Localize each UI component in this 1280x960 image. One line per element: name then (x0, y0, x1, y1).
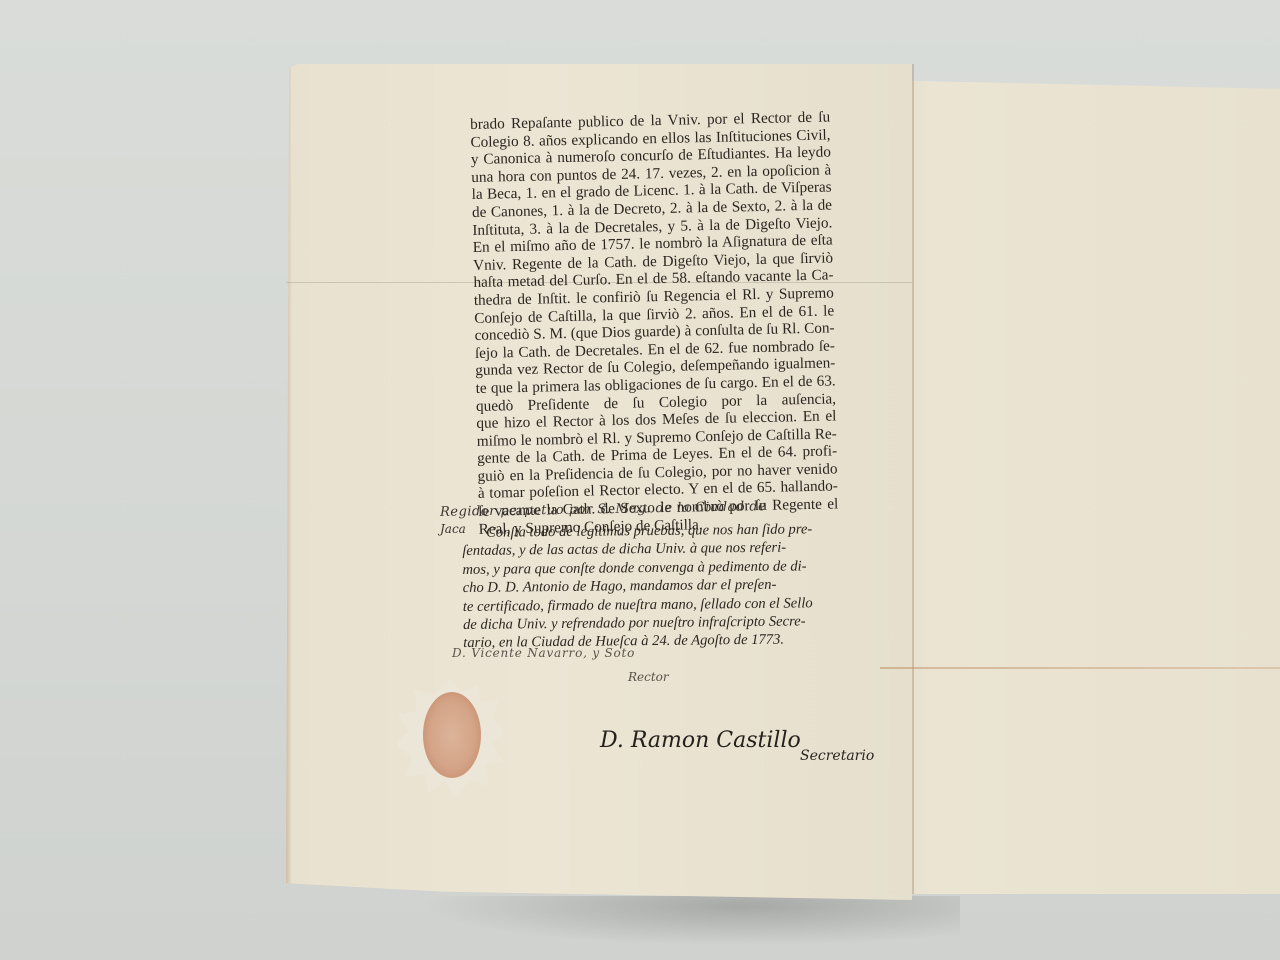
horizontal-fold-right (880, 667, 1280, 669)
university-seal (395, 678, 505, 798)
seal-wax-impression (423, 692, 481, 778)
rector-handwritten-title: Rector (628, 670, 669, 684)
secretary-title: Secretario (800, 748, 874, 764)
italic-certification-block: Conſta todo de legitimas pruebas, que no… (462, 520, 835, 653)
printed-text-block: brado Repaſante publico de la Vniv. por … (470, 108, 839, 538)
right-page (870, 64, 1280, 894)
rector-handwritten-name: D. Vicente Navarro, y Soto (452, 646, 635, 660)
center-fold (912, 64, 914, 894)
secretary-signature: D. Ramon Castillo (600, 728, 801, 753)
page-shadow (420, 896, 960, 946)
